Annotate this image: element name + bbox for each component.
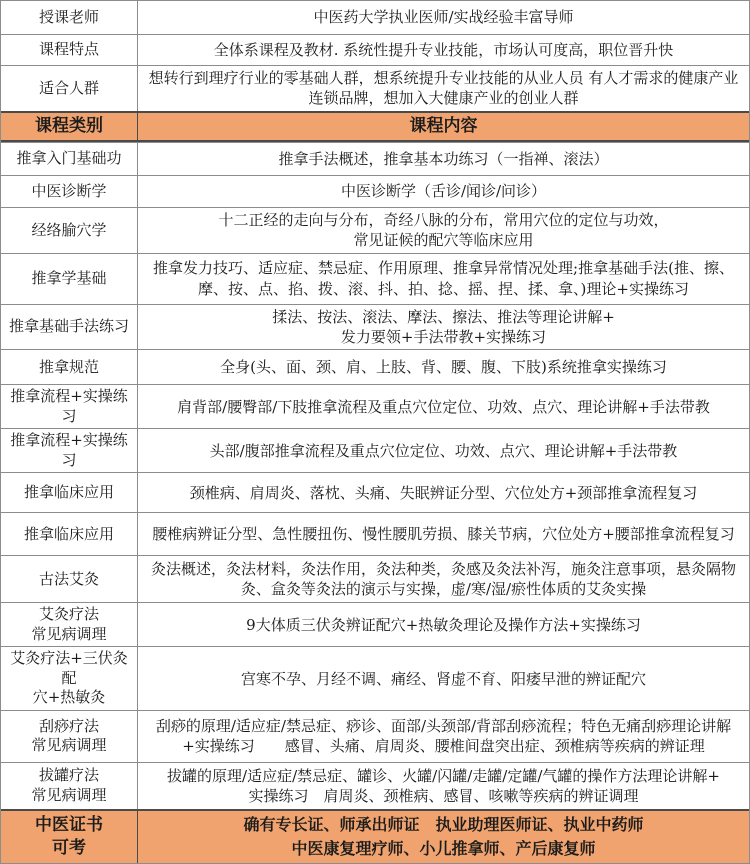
course-category-cell: 推拿临床应用: [1, 513, 138, 555]
course-category-cell: 推拿基础手法练习: [1, 305, 138, 350]
course-content-cell: 推拿手法概述，推拿基本功练习（一指禅、滚法）: [138, 143, 749, 175]
course-row: 推拿流程+实操练习头部/腹部推拿流程及重点穴位定位、功效、点穴、理论讲解+手法带…: [1, 428, 749, 472]
course-row: 推拿流程+实操练习肩背部/腰臀部/下肢推拿流程及重点穴位定位、功效、点穴、理论讲…: [1, 384, 749, 428]
course-row: 刮痧疗法 常见病调理刮痧的原理/适应症/禁忌症、痧诊、面部/头颈部/背部刮痧流程…: [1, 710, 749, 762]
info-row-label: 适合人群: [1, 66, 138, 111]
course-content-cell: 腰椎病辨证分型、急性腰扭伤、慢性腰肌劳损、膝关节病，穴位处方+腰部推拿流程复习: [138, 513, 749, 555]
course-category-cell: 推拿规范: [1, 350, 138, 384]
footer-row: 中医证书 可考 确有专长证、师承出师证 执业助理医师证、执业中药师 中医康复理疗…: [1, 809, 749, 863]
course-content-cell: 刮痧的原理/适应症/禁忌症、痧诊、面部/头颈部/背部刮痧流程；特色无痛刮痧理论讲…: [138, 711, 749, 762]
header-category-cell: 课程类别: [1, 113, 138, 140]
info-row-label: 课程特点: [1, 35, 138, 65]
course-row: 推拿入门基础功推拿手法概述，推拿基本功练习（一指禅、滚法）: [1, 142, 749, 175]
info-row: 课程特点全体系课程及教材. 系统性提升专业技能，市场认可度高，职位晋升快: [1, 34, 749, 65]
course-content-cell: 头部/腹部推拿流程及重点穴位定位、功效、点穴、理论讲解+手法带教: [138, 429, 749, 472]
footer-content-cell: 确有专长证、师承出师证 执业助理医师证、执业中药师 中医康复理疗师、小儿推拿师、…: [138, 811, 749, 863]
course-rows-section: 推拿入门基础功推拿手法概述，推拿基本功练习（一指禅、滚法）中医诊断学中医诊断学（…: [1, 142, 749, 809]
course-row: 艾灸疗法 常见病调理9大体质三伏灸辨证配穴+热敏灸理论及操作方法+实操练习: [1, 602, 749, 646]
course-row: 推拿临床应用腰椎病辨证分型、急性腰扭伤、慢性腰肌劳损、膝关节病，穴位处方+腰部推…: [1, 512, 749, 555]
course-category-cell: 推拿学基础: [1, 254, 138, 304]
course-row: 中医诊断学中医诊断学（舌诊/闻诊/问诊）: [1, 175, 749, 207]
course-category-cell: 拔罐疗法 常见病调理: [1, 763, 138, 809]
course-row: 推拿学基础推拿发力技巧、适应症、禁忌症、作用原理、推拿异常情况处理;推拿基础手法…: [1, 253, 749, 304]
course-content-cell: 拔罐的原理/适应症/禁忌症、罐诊、火罐/闪罐/走罐/定罐/气罐的操作方法理论讲解…: [138, 763, 749, 809]
course-row: 经络腧穴学十二正经的走向与分布，奇经八脉的分布，常用穴位的定位与功效， 常见证候…: [1, 207, 749, 253]
course-content-cell: 灸法概述，灸法材料，灸法作用，灸法种类，灸感及灸法补泻，施灸注意事项，悬灸隔物灸…: [138, 556, 749, 602]
info-row-content: 中医药大学执业医师/实战经验丰富导师: [138, 1, 749, 34]
header-content-cell: 课程内容: [138, 113, 749, 140]
course-row: 推拿规范全身(头、面、颈、肩、上肢、背、腰、腹、下肢)系统推拿实操练习: [1, 349, 749, 384]
course-category-cell: 古法艾灸: [1, 556, 138, 602]
course-content-cell: 全身(头、面、颈、肩、上肢、背、腰、腹、下肢)系统推拿实操练习: [138, 350, 749, 384]
course-content-cell: 肩背部/腰臀部/下肢推拿流程及重点穴位定位、功效、点穴、理论讲解+手法带教: [138, 385, 749, 428]
course-content-cell: 颈椎病、肩周炎、落枕、头痛、失眠辨证分型、穴位处方+颈部推拿流程复习: [138, 473, 749, 512]
course-category-cell: 推拿临床应用: [1, 473, 138, 512]
course-content-cell: 宫寒不孕、月经不调、痛经、肾虚不育、阳痿早泄的辨证配穴: [138, 647, 749, 710]
course-category-cell: 推拿流程+实操练习: [1, 385, 138, 428]
course-row: 艾灸疗法+三伏灸配 穴+热敏灸宫寒不孕、月经不调、痛经、肾虚不育、阳痿早泄的辨证…: [1, 646, 749, 710]
info-row-label: 授课老师: [1, 1, 138, 34]
info-rows-section: 授课老师中医药大学执业医师/实战经验丰富导师课程特点全体系课程及教材. 系统性提…: [1, 1, 749, 111]
course-category-cell: 艾灸疗法 常见病调理: [1, 603, 138, 646]
course-row: 古法艾灸灸法概述，灸法材料，灸法作用，灸法种类，灸感及灸法补泻，施灸注意事项，悬…: [1, 555, 749, 602]
course-row: 拔罐疗法 常见病调理拔罐的原理/适应症/禁忌症、罐诊、火罐/闪罐/走罐/定罐/气…: [1, 762, 749, 809]
course-table: 授课老师中医药大学执业医师/实战经验丰富导师课程特点全体系课程及教材. 系统性提…: [0, 0, 750, 864]
course-content-cell: 推拿发力技巧、适应症、禁忌症、作用原理、推拿异常情况处理;推拿基础手法(推、擦、…: [138, 254, 749, 304]
course-category-cell: 中医诊断学: [1, 176, 138, 207]
footer-category-cell: 中医证书 可考: [1, 811, 138, 863]
course-row: 推拿基础手法练习揉法、按法、滚法、摩法、擦法、推法等理论讲解+ 发力要领+手法带…: [1, 304, 749, 350]
info-row-content: 全体系课程及教材. 系统性提升专业技能，市场认可度高，职位晋升快: [138, 35, 749, 65]
course-row: 推拿临床应用颈椎病、肩周炎、落枕、头痛、失眠辨证分型、穴位处方+颈部推拿流程复习: [1, 472, 749, 512]
course-category-cell: 推拿入门基础功: [1, 143, 138, 175]
info-row: 授课老师中医药大学执业医师/实战经验丰富导师: [1, 1, 749, 34]
course-category-cell: 艾灸疗法+三伏灸配 穴+热敏灸: [1, 647, 138, 710]
info-row-content: 想转行到理疗行业的零基础人群，想系统提升专业技能的从业人员 有人才需求的健康产业…: [138, 66, 749, 111]
course-category-cell: 刮痧疗法 常见病调理: [1, 711, 138, 762]
course-category-cell: 经络腧穴学: [1, 208, 138, 253]
info-row: 适合人群想转行到理疗行业的零基础人群，想系统提升专业技能的从业人员 有人才需求的…: [1, 65, 749, 111]
course-content-cell: 揉法、按法、滚法、摩法、擦法、推法等理论讲解+ 发力要领+手法带教+实操练习: [138, 305, 749, 350]
course-content-cell: 9大体质三伏灸辨证配穴+热敏灸理论及操作方法+实操练习: [138, 603, 749, 646]
table-header-row: 课程类别 课程内容: [1, 111, 749, 142]
course-category-cell: 推拿流程+实操练习: [1, 429, 138, 472]
course-content-cell: 十二正经的走向与分布，奇经八脉的分布，常用穴位的定位与功效， 常见证候的配穴等临…: [138, 208, 749, 253]
course-content-cell: 中医诊断学（舌诊/闻诊/问诊）: [138, 176, 749, 207]
